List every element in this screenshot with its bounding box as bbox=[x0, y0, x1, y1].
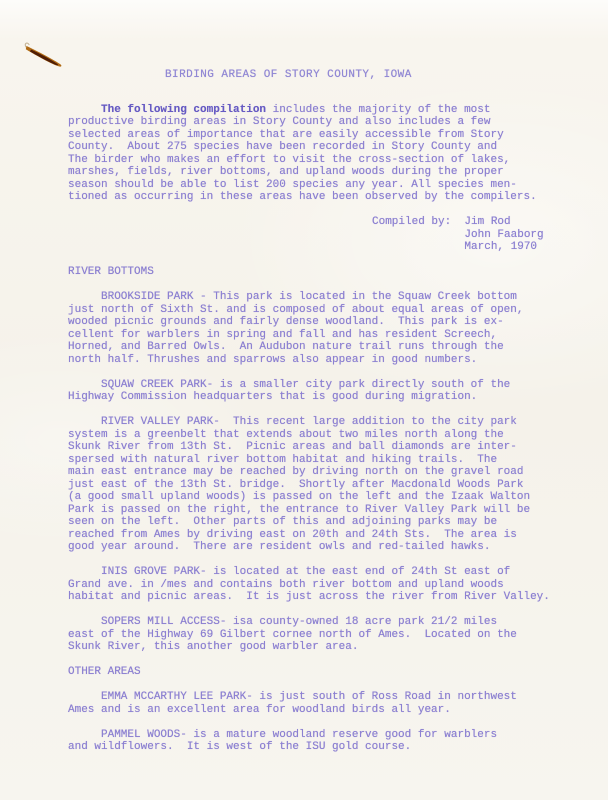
section-heading-river-bottoms: RIVER BOTTOMS bbox=[68, 266, 608, 279]
intro-paragraph: The following compilation includes the m… bbox=[68, 104, 608, 204]
document-page: BIRDING AREAS OF STORY COUNTY, IOWA The … bbox=[0, 0, 608, 800]
section-heading-other-areas: OTHER AREAS bbox=[68, 666, 608, 679]
paragraph-brookside-park: BROOKSIDE PARK - This park is located in… bbox=[68, 291, 608, 366]
paragraph-emma-mccarthy-lee-park: EMMA MCCARTHY LEE PARK- is just south of… bbox=[68, 691, 608, 716]
paragraph-pammel-woods: PAMMEL WOODS- is a mature woodland reser… bbox=[68, 729, 608, 754]
intro-lead-phrase: The following compilation bbox=[68, 104, 266, 116]
ink-stain-mark bbox=[19, 40, 67, 72]
intro-body-text: includes the majority of the most produc… bbox=[68, 104, 537, 204]
paragraph-river-valley-park: RIVER VALLEY PARK- This recent large add… bbox=[68, 416, 608, 554]
paragraph-squaw-creek-park: SQUAW CREEK PARK- is a smaller city park… bbox=[68, 379, 608, 404]
document-title: BIRDING AREAS OF STORY COUNTY, IOWA bbox=[165, 69, 608, 82]
compiled-by-block: Compiled by: Jim Rod John Faaborg March,… bbox=[372, 216, 608, 254]
paragraph-inis-grove-park: INIS GROVE PARK- is located at the east … bbox=[68, 566, 608, 604]
paragraph-sopers-mill-access: SOPERS MILL ACCESS- isa county-owned 18 … bbox=[68, 616, 608, 654]
